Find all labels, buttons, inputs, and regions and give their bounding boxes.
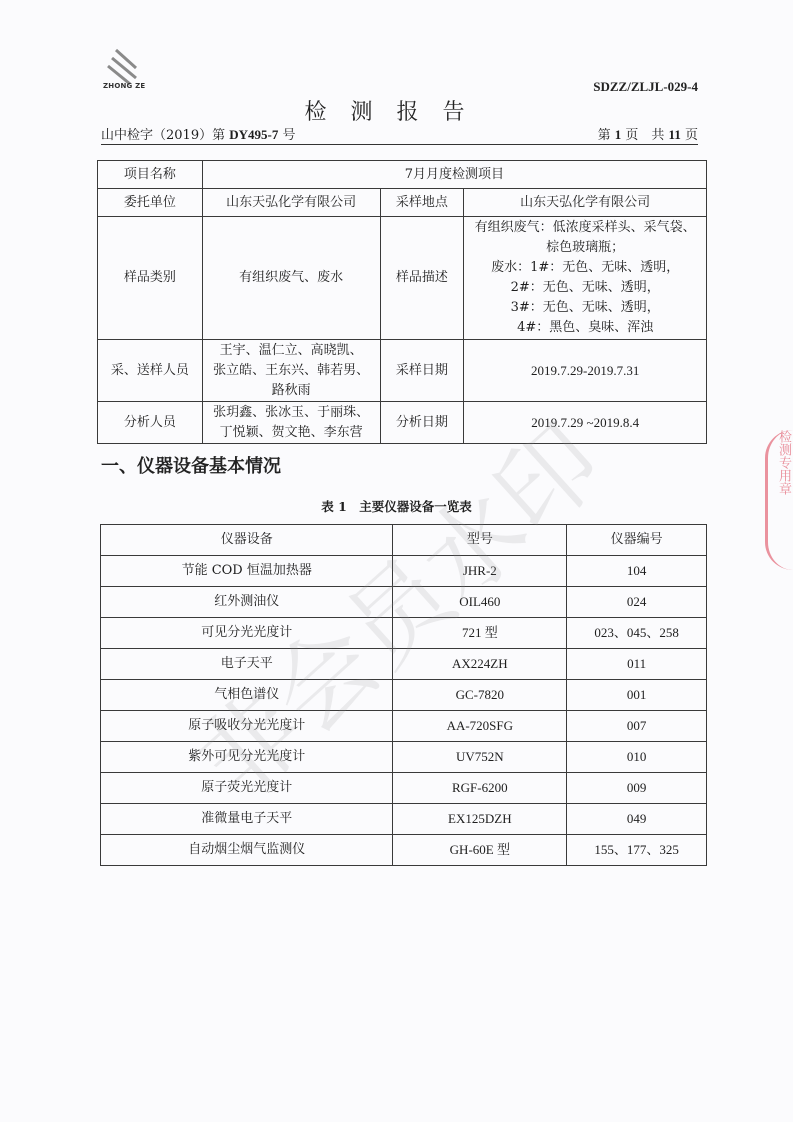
equipment-id: 104 [567,556,707,587]
analysts-label: 分析人员 [98,402,203,444]
sample-type-value: 有组织废气、废水 [202,217,380,340]
column-header: 型号 [393,525,567,556]
equipment-name: 准微量电子天平 [101,804,393,835]
samplers-label: 采、送样人员 [98,340,203,402]
equipment-name: 节能 COD 恒温加热器 [101,556,393,587]
page-title: 检测报告 [0,95,793,126]
equipment-id: 007 [567,711,707,742]
desc-line: 有组织废气：低浓度采样头、采气袋、 [464,218,706,238]
client-label: 委托单位 [98,189,203,217]
equipment-id: 011 [567,649,707,680]
equipment-id: 009 [567,773,707,804]
section-heading: 一、仪器设备基本情况 [101,452,281,478]
logo-text: ZHONG ZE [103,82,145,90]
desc-line: 2#：无色、无味、透明， [464,278,706,298]
equipment-model: GC-7820 [393,680,567,711]
table-row: 原子荧光光度计RGF-6200009 [101,773,707,804]
equipment-model: AX224ZH [393,649,567,680]
equipment-name: 紫外可见分光光度计 [101,742,393,773]
equipment-name: 原子荧光光度计 [101,773,393,804]
table-caption: 表 1 主要仪器设备一览表 [0,497,793,515]
desc-line: 4#：黑色、臭味、浑浊 [464,318,706,338]
project-name-value: 7月月度检测项目 [202,161,706,189]
column-header: 仪器编号 [567,525,707,556]
sampling-site-value: 山东天弘化学有限公司 [464,189,707,217]
table-row: 红外测油仪OIL460024 [101,587,707,618]
page-current: 1 [615,127,622,142]
equipment-id: 001 [567,680,707,711]
equipment-name: 原子吸收分光光度计 [101,711,393,742]
table-row: 自动烟尘烟气监测仪GH-60E 型155、177、325 [101,835,707,866]
equipment-name: 自动烟尘烟气监测仪 [101,835,393,866]
analysis-date-label: 分析日期 [380,402,464,444]
client-value: 山东天弘化学有限公司 [202,189,380,217]
equipment-name: 红外测油仪 [101,587,393,618]
document-code: SDZZ/ZLJL-029-4 [593,79,698,95]
equipment-name: 气相色谱仪 [101,680,393,711]
header-divider [101,144,698,145]
equipment-model: AA-720SFG [393,711,567,742]
sampler-line: 路秋雨 [203,381,380,401]
table-header-row: 仪器设备 型号 仪器编号 [101,525,707,556]
page-total: 11 [669,127,681,142]
table-row: 气相色谱仪GC-7820001 [101,680,707,711]
equipment-table: 仪器设备 型号 仪器编号 节能 COD 恒温加热器JHR-2104 红外测油仪O… [100,524,707,866]
equipment-id: 049 [567,804,707,835]
analysis-date-value: 2019.7.29 ~2019.8.4 [464,402,707,444]
equipment-model: EX125DZH [393,804,567,835]
red-seal-stamp: 检测专用章 [765,430,793,570]
column-header: 仪器设备 [101,525,393,556]
sampler-line: 王宇、温仁立、高晓凯、 [203,341,380,361]
page-indicator: 第 1 页 共 11 页 [598,124,698,143]
equipment-id: 023、045、258 [567,618,707,649]
sampling-date-label: 采样日期 [380,340,464,402]
desc-line: 废水：1#：无色、无味、透明， [464,258,706,278]
equipment-id: 010 [567,742,707,773]
desc-line: 棕色玻璃瓶； [464,238,706,258]
analysts-value: 张玥鑫、张冰玉、于丽珠、 丁悦颖、贺文艳、李东营 [202,402,380,444]
table-row: 节能 COD 恒温加热器JHR-2104 [101,556,707,587]
project-info-table: 项目名称 7月月度检测项目 委托单位 山东天弘化学有限公司 采样地点 山东天弘化… [97,160,707,444]
sample-type-label: 样品类别 [98,217,203,340]
equipment-model: UV752N [393,742,567,773]
equipment-name: 电子天平 [101,649,393,680]
equipment-model: GH-60E 型 [393,835,567,866]
table-row: 电子天平AX224ZH011 [101,649,707,680]
table-row: 可见分光光度计721 型023、045、258 [101,618,707,649]
report-number-prefix: 山中检字（2019）第 [101,128,225,143]
equipment-model: OIL460 [393,587,567,618]
page-label: 页 [685,128,698,143]
sampler-line: 张立皓、王东兴、韩若男、 [203,361,380,381]
equipment-id: 024 [567,587,707,618]
report-number-suffix: 号 [282,128,295,143]
report-number-code: DY495-7 [229,127,278,142]
table-row: 紫外可见分光光度计UV752N010 [101,742,707,773]
equipment-name: 可见分光光度计 [101,618,393,649]
equipment-model: RGF-6200 [393,773,567,804]
equipment-model: 721 型 [393,618,567,649]
equipment-id: 155、177、325 [567,835,707,866]
page-label: 第 [598,128,611,143]
table-row: 原子吸收分光光度计AA-720SFG007 [101,711,707,742]
analyst-line: 张玥鑫、张冰玉、于丽珠、 [203,403,380,423]
samplers-value: 王宇、温仁立、高晓凯、 张立皓、王东兴、韩若男、 路秋雨 [202,340,380,402]
table-row: 准微量电子天平EX125DZH049 [101,804,707,835]
sampling-site-label: 采样地点 [380,189,464,217]
sample-desc-value: 有组织废气：低浓度采样头、采气袋、 棕色玻璃瓶； 废水：1#：无色、无味、透明，… [464,217,707,340]
project-name-label: 项目名称 [98,161,203,189]
sampling-date-value: 2019.7.29-2019.7.31 [464,340,707,402]
desc-line: 3#：无色、无味、透明， [464,298,706,318]
page-label: 页 共 [625,128,664,143]
report-number: 山中检字（2019）第 DY495-7 号 [101,124,296,143]
sample-desc-label: 样品描述 [380,217,464,340]
equipment-model: JHR-2 [393,556,567,587]
analyst-line: 丁悦颖、贺文艳、李东营 [203,423,380,443]
